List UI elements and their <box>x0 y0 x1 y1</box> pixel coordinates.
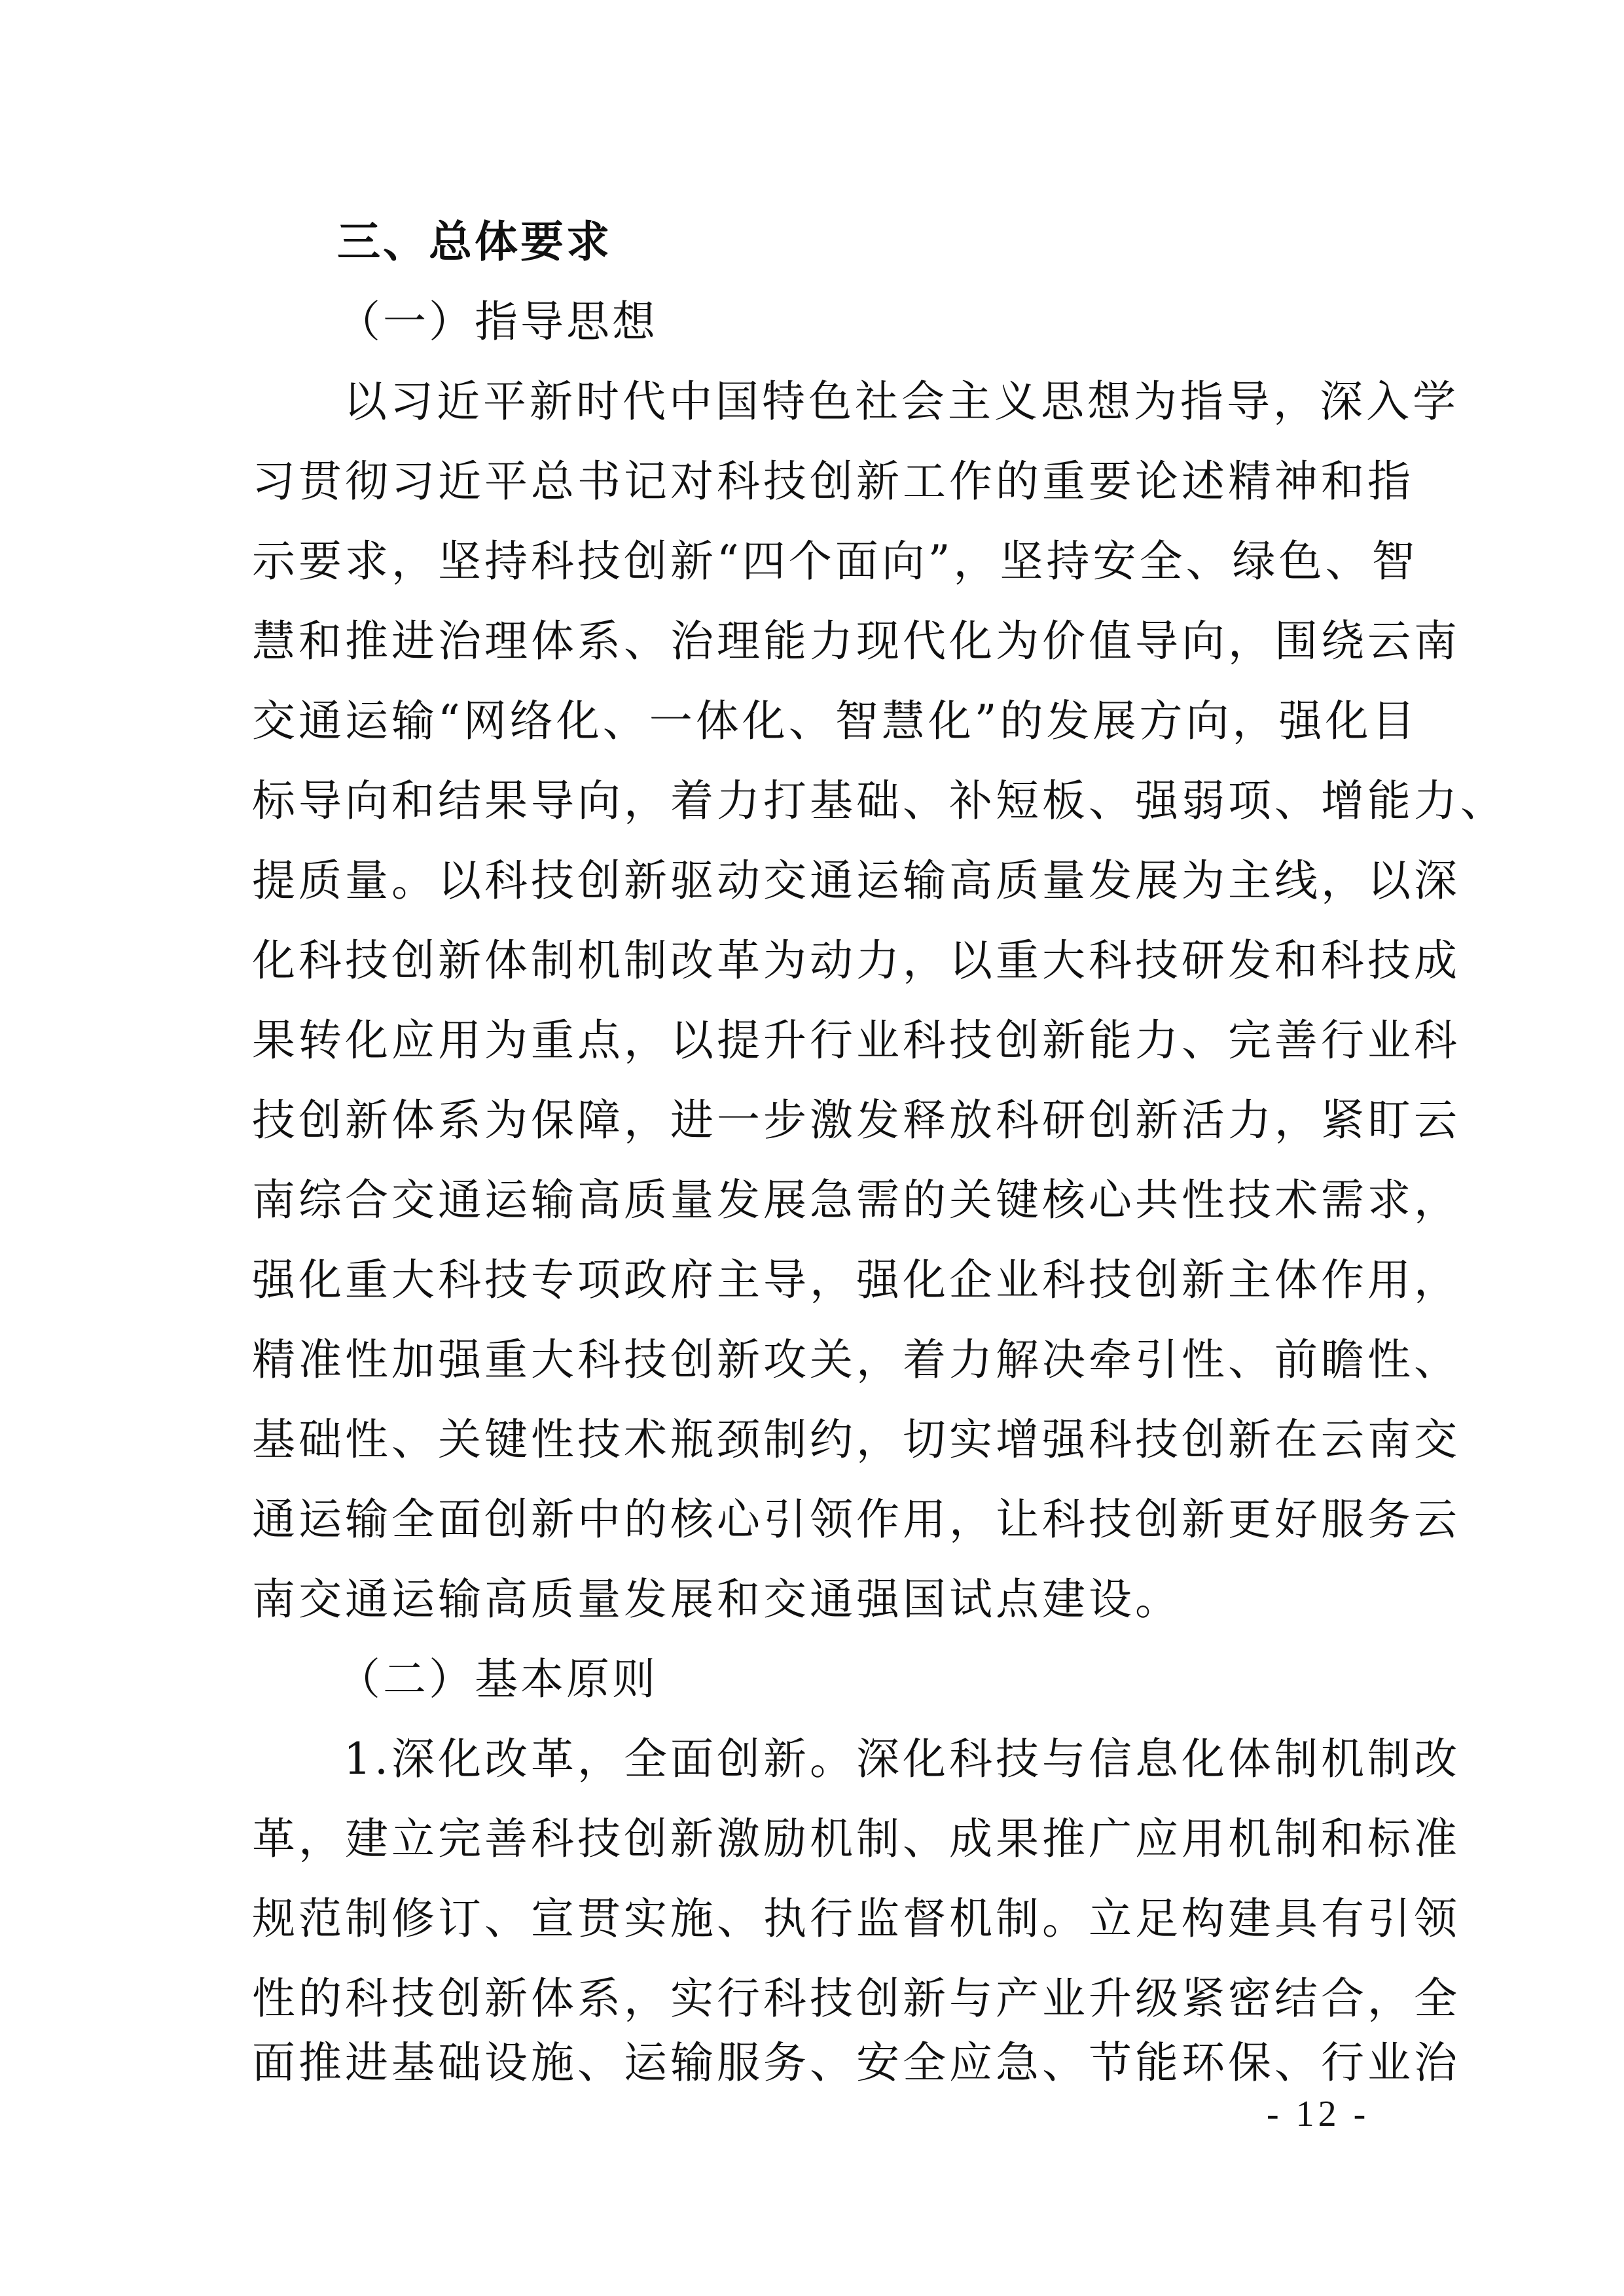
page-number: - 12 - <box>1267 2091 1369 2137</box>
subsection-heading-guiding-ideology: （一）指导思想 <box>337 296 658 348</box>
paragraph-line: 以习近平新时代中国特色社会主义思想为指导，深入学 <box>344 376 1384 428</box>
paragraph-line: 示要求，坚持科技创新“四个面向”，坚持安全、绿色、智 <box>252 535 1384 588</box>
subsection-heading-basic-principles: （二）基本原则 <box>337 1653 658 1706</box>
paragraph-line: 习贯彻习近平总书记对科技创新工作的重要论述精神和指 <box>252 456 1384 508</box>
paragraph-line: 面推进基础设施、运输服务、安全应急、节能环保、行业治 <box>252 2037 1384 2089</box>
paragraph-line: 果转化应用为重点，以提升行业科技创新能力、完善行业科 <box>252 1014 1384 1067</box>
paragraph-line: 精准性加强重大科技创新攻关，着力解决牵引性、前瞻性、 <box>252 1334 1384 1386</box>
paragraph-line: 南综合交通运输高质量发展急需的关键核心共性技术需求， <box>252 1174 1384 1227</box>
paragraph-line: 南交通运输高质量发展和交通强国试点建设。 <box>252 1573 1384 1626</box>
paragraph-line: 提质量。以科技创新驱动交通运输高质量发展为主线，以深 <box>252 855 1384 907</box>
paragraph-line: 革，建立完善科技创新激励机制、成果推广应用机制和标准 <box>252 1813 1384 1865</box>
paragraph-line: 1.深化改革，全面创新。深化科技与信息化体制机制改 <box>344 1733 1384 1785</box>
paragraph-line: 基础性、关键性技术瓶颈制约，切实增强科技创新在云南交 <box>252 1414 1384 1466</box>
paragraph-line: 性的科技创新体系，实行科技创新与产业升级紧密结合，全 <box>252 1973 1384 2025</box>
paragraph-line: 交通运输“网络化、一体化、智慧化”的发展方向，强化目 <box>252 695 1384 747</box>
paragraph-line: 强化重大科技专项政府主导，强化企业科技创新主体作用， <box>252 1254 1384 1306</box>
paragraph-line: 技创新体系为保障，进一步激发释放科研创新活力，紧盯云 <box>252 1094 1384 1147</box>
paragraph-line: 规范制修订、宣贯实施、执行监督机制。立足构建具有引领 <box>252 1893 1384 1945</box>
paragraph-line: 慧和推进治理体系、治理能力现代化为价值导向，围绕云南 <box>252 615 1384 668</box>
paragraph-line: 通运输全面创新中的核心引领作用，让科技创新更好服务云 <box>252 1494 1384 1546</box>
paragraph-line: 化科技创新体制机制改革为动力，以重大科技研发和科技成 <box>252 935 1384 987</box>
document-page: 三、总体要求 （一）指导思想 以习近平新时代中国特色社会主义思想为指导，深入学 … <box>0 0 1624 2296</box>
section-heading: 三、总体要求 <box>337 216 612 268</box>
paragraph-line: 标导向和结果导向，着力打基础、补短板、强弱项、增能力、 <box>252 775 1384 827</box>
